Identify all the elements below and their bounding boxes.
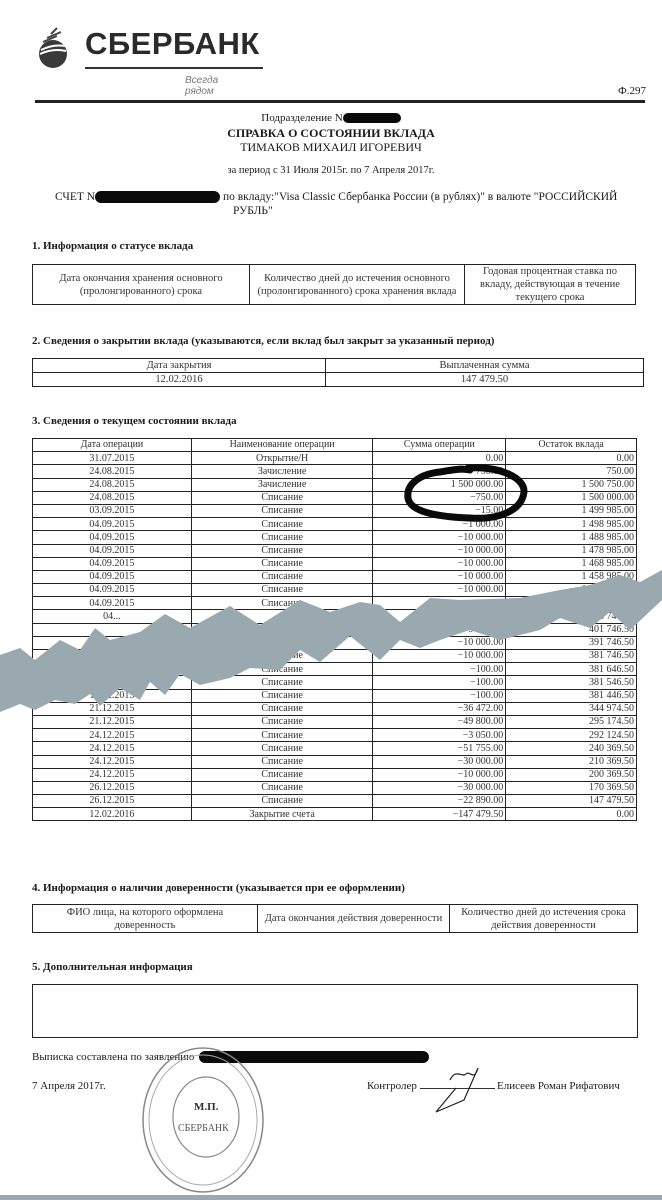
operation-name: Списание bbox=[191, 557, 373, 570]
header-cell: Сумма операции bbox=[373, 439, 506, 452]
header-cell: Годовая процентная ставка по вкладу, дей… bbox=[465, 265, 636, 305]
operation-amount: −10 000.00 bbox=[373, 570, 506, 583]
table-row: Списание−10 000.00381 746.50 bbox=[33, 650, 637, 663]
operation-date: 19.12.2015 bbox=[33, 689, 192, 702]
operation-amount: −10 000.00 bbox=[373, 544, 506, 557]
balance: 170 369.50 bbox=[506, 781, 637, 794]
operation-name: Списание bbox=[191, 742, 373, 755]
operation-name: Списание bbox=[191, 518, 373, 531]
table-row: 21.12.2015Списание−49 800.00295 174.50 bbox=[33, 715, 637, 728]
operation-date: 04.09.2015 bbox=[33, 597, 192, 610]
operation-date: 24.08.2015 bbox=[33, 478, 192, 491]
operation-date: 19.12.2015 bbox=[33, 663, 192, 676]
closure-date: 12.02.2016 bbox=[33, 373, 326, 387]
table-row: 31.07.2015Открытие/Н0.000.00 bbox=[33, 452, 637, 465]
section5-heading: 5. Дополнительная информация bbox=[32, 961, 193, 973]
statement-period: за период с 31 Июля 2015г. по 7 Апреля 2… bbox=[0, 165, 662, 176]
table-row: 04.09.2015Списание−10 000.001 488 985.00 bbox=[33, 531, 637, 544]
table-row: 21.12.2015Списание−36 472.00344 974.50 bbox=[33, 702, 637, 715]
handdrawn-circle-mark bbox=[400, 462, 530, 524]
operation-amount: −36 472.00 bbox=[373, 702, 506, 715]
header-cell: Наименование операции bbox=[191, 439, 373, 452]
operation-name: Списание bbox=[191, 702, 373, 715]
table-row: 24.08.2015Списание−750.001 500 000.00 bbox=[33, 491, 637, 504]
balance: 1 458 985.00 bbox=[506, 570, 637, 583]
operation-name: Списание bbox=[191, 663, 373, 676]
operation-name: Списание bbox=[191, 650, 373, 663]
operation-amount: −147 479.50 bbox=[373, 808, 506, 821]
operation-name: Списание bbox=[191, 689, 373, 702]
logo-underline bbox=[85, 67, 263, 69]
client-name: ТИМАКОВ МИХАИЛ ИГОРЕВИЧ bbox=[0, 140, 662, 155]
balance: 292 124.50 bbox=[506, 729, 637, 742]
operation-name: Списание bbox=[191, 544, 373, 557]
operation-date: 12.02.2016 bbox=[33, 808, 192, 821]
svg-text:СБЕРБАНК: СБЕРБАНК bbox=[178, 1123, 229, 1134]
operation-date: 21.12.2015 bbox=[33, 715, 192, 728]
account-line: СЧЕТ N по вкладу:"Visa Classic Сбербанка… bbox=[55, 190, 635, 218]
table-row: 24.12.2015Списание−3 050.00292 124.50 bbox=[33, 729, 637, 742]
operation-name: Списание bbox=[191, 729, 373, 742]
header-cell: Выплаченная сумма bbox=[326, 359, 644, 373]
operation-name: Списание bbox=[191, 531, 373, 544]
operation-amount: −100.00 bbox=[373, 663, 506, 676]
section2-heading: 2. Сведения о закрытии вклада (указывают… bbox=[32, 335, 494, 347]
operation-name: Списание bbox=[191, 597, 373, 610]
signature bbox=[430, 1060, 490, 1120]
operation-date: 04.09.2015 bbox=[33, 557, 192, 570]
table-row: 04.09.2015Списание−10 000.001 458 985.00 bbox=[33, 570, 637, 583]
balance: 406 746.50 bbox=[506, 610, 637, 623]
operation-amount: −51 755.00 bbox=[373, 742, 506, 755]
table-row: 26.12.2015Списание−22 890.00147 479.50 bbox=[33, 795, 637, 808]
operation-date: 04.09.2015 bbox=[33, 544, 192, 557]
bank-name: СБЕРБАНК bbox=[85, 26, 260, 62]
operation-amount bbox=[373, 610, 506, 623]
operation-date: 31.07.2015 bbox=[33, 452, 192, 465]
scan-bottom-edge bbox=[0, 1195, 662, 1200]
power-of-attorney-table: ФИО лица, на которого оформлена доверенн… bbox=[32, 904, 638, 933]
balance: 1 448 985.00 bbox=[506, 584, 637, 597]
operation-date: 03.09.2015 bbox=[33, 504, 192, 517]
table-row: 24.12.2015Списание−30 000.00210 369.50 bbox=[33, 755, 637, 768]
operation-date: 24.12.2015 bbox=[33, 729, 192, 742]
statement-date: 7 Апреля 2017г. bbox=[32, 1080, 106, 1092]
sberbank-logo: СБЕРБАНК Всегда рядом bbox=[35, 18, 235, 78]
balance: 381 546.50 bbox=[506, 676, 637, 689]
operation-date: 24.08.2015 bbox=[33, 491, 192, 504]
table-row: 04.09.2015Списание−10 000.001 448 985.00 bbox=[33, 584, 637, 597]
controller-name: Елисеев Роман Рифатович bbox=[497, 1080, 620, 1092]
table-row: −5 000.00401 746.50 bbox=[33, 623, 637, 636]
balance: 381 646.50 bbox=[506, 663, 637, 676]
operation-name: Списание bbox=[191, 570, 373, 583]
table-row: 24.08.2015Зачисление750.00750.00 bbox=[33, 465, 637, 478]
header-cell: Остаток вклада bbox=[506, 439, 637, 452]
operation-date: 24.08.2015 bbox=[33, 465, 192, 478]
operation-amount: −49 800.00 bbox=[373, 715, 506, 728]
balance: 381 446.50 bbox=[506, 689, 637, 702]
operation-name: Открытие/Н bbox=[191, 452, 373, 465]
balance: 295 174.50 bbox=[506, 715, 637, 728]
operation-amount: −22 890.00 bbox=[373, 795, 506, 808]
header-cell: Количество дней до истечения срока дейст… bbox=[450, 905, 638, 933]
header-cell: Дата операции bbox=[33, 439, 192, 452]
balance: 344 974.50 bbox=[506, 702, 637, 715]
operation-date: 24.12.2015 bbox=[33, 742, 192, 755]
header-cell: Дата закрытия bbox=[33, 359, 326, 373]
operation-amount: −10 000.00 bbox=[373, 557, 506, 570]
balance: 210 369.50 bbox=[506, 755, 637, 768]
operation-amount: −3 050.00 bbox=[373, 729, 506, 742]
table-row: 12.02.2016Закрытие счета−147 479.500.00 bbox=[33, 808, 637, 821]
document-title: СПРАВКА О СОСТОЯНИИ ВКЛАДА bbox=[0, 126, 662, 141]
header-cell: Дата окончания действия доверенности bbox=[258, 905, 450, 933]
balance: 1 468 985.00 bbox=[506, 557, 637, 570]
operation-name bbox=[191, 610, 373, 623]
table-row: 19.12.2015Списание−100.00381 446.50 bbox=[33, 689, 637, 702]
table-row: 04.09.2015Списание1 459 ... bbox=[33, 597, 637, 610]
header-cell: Количество дней до истечения основного (… bbox=[250, 265, 465, 305]
table-row: 24.08.2015Зачисление1 500 000.001 500 75… bbox=[33, 478, 637, 491]
form-code: Ф.297 bbox=[618, 85, 646, 97]
balance: 401 746.50 bbox=[506, 623, 637, 636]
operation-date: 24.12.2015 bbox=[33, 768, 192, 781]
redaction bbox=[343, 113, 401, 123]
operation-amount: −30 000.00 bbox=[373, 781, 506, 794]
operation-name: Списание bbox=[191, 676, 373, 689]
table-row: 04...406 746.50 bbox=[33, 610, 637, 623]
balance: 1 478 985.00 bbox=[506, 544, 637, 557]
bank-slogan: Всегда рядом bbox=[185, 75, 235, 97]
subdivision-label: Подразделение N bbox=[261, 112, 342, 124]
operation-date: 26.12.2015 bbox=[33, 781, 192, 794]
header-cell: Дата окончания хранения основного (проло… bbox=[33, 265, 250, 305]
operation-date: 24.12.2015 bbox=[33, 755, 192, 768]
account-description-tail: РУБЛЬ" bbox=[55, 204, 635, 218]
operation-name: Списание bbox=[191, 636, 373, 649]
deposit-status-table: Дата окончания хранения основного (проло… bbox=[32, 264, 636, 305]
operation-name bbox=[191, 623, 373, 636]
section1-heading: 1. Информация о статусе вклада bbox=[32, 240, 193, 252]
sberbank-logo-icon bbox=[35, 24, 75, 70]
operation-amount: −10 000.00 bbox=[373, 650, 506, 663]
operation-date: 19.12.2015 bbox=[33, 676, 192, 689]
operation-name: Закрытие счета bbox=[191, 808, 373, 821]
operation-amount: −30 000.00 bbox=[373, 755, 506, 768]
operation-name: Списание bbox=[191, 584, 373, 597]
table-row: 19.12.2015Списание−100.00381 546.50 bbox=[33, 676, 637, 689]
operation-amount: −10 000.00 bbox=[373, 584, 506, 597]
operation-name: Зачисление bbox=[191, 465, 373, 478]
operation-amount: −10 000.00 bbox=[373, 531, 506, 544]
table-row: 24.12.2015Списание−51 755.00240 369.50 bbox=[33, 742, 637, 755]
section4-heading: 4. Информация о наличии доверенности (ук… bbox=[32, 882, 405, 894]
operation-date: 21.12.2015 bbox=[33, 702, 192, 715]
additional-info-box bbox=[32, 984, 638, 1038]
table-row: Списание−10 000.00391 746.50 bbox=[33, 636, 637, 649]
account-label: СЧЕТ N bbox=[55, 191, 95, 203]
operation-date: 04.09.2015 bbox=[33, 584, 192, 597]
bank-stamp: М.П. СБЕРБАНК bbox=[138, 1045, 268, 1195]
operation-name: Списание bbox=[191, 755, 373, 768]
balance: 200 369.50 bbox=[506, 768, 637, 781]
operation-amount: −100.00 bbox=[373, 676, 506, 689]
table-row: 04.09.2015Списание−10 000.001 478 985.00 bbox=[33, 544, 637, 557]
table-row: 26.12.2015Списание−30 000.00170 369.50 bbox=[33, 781, 637, 794]
operation-name: Списание bbox=[191, 491, 373, 504]
balance: 147 479.50 bbox=[506, 795, 637, 808]
operation-date bbox=[33, 623, 192, 636]
account-description: по вкладу:"Visa Classic Сбербанка России… bbox=[223, 191, 617, 203]
operation-amount bbox=[373, 597, 506, 610]
operation-name: Зачисление bbox=[191, 478, 373, 491]
header-rule bbox=[35, 100, 645, 103]
balance: 240 369.50 bbox=[506, 742, 637, 755]
operation-date bbox=[33, 650, 192, 663]
table-row: 24.12.2015Списание−10 000.00200 369.50 bbox=[33, 768, 637, 781]
operation-name: Списание bbox=[191, 795, 373, 808]
balance: 1 488 985.00 bbox=[506, 531, 637, 544]
paid-amount: 147 479.50 bbox=[326, 373, 644, 387]
operation-amount: −100.00 bbox=[373, 689, 506, 702]
operation-date: 04.09.2015 bbox=[33, 518, 192, 531]
operation-amount: −10 000.00 bbox=[373, 636, 506, 649]
operation-date: 04.09.2015 bbox=[33, 570, 192, 583]
svg-text:М.П.: М.П. bbox=[194, 1101, 219, 1113]
operation-date: 04... bbox=[33, 610, 192, 623]
subdivision-line: Подразделение N bbox=[0, 112, 662, 124]
operations-table: Дата операции Наименование операции Сумм… bbox=[32, 438, 637, 821]
operation-date bbox=[33, 636, 192, 649]
closure-table: Дата закрытия Выплаченная сумма 12.02.20… bbox=[32, 358, 644, 387]
operation-amount: −5 000.00 bbox=[373, 623, 506, 636]
balance: 391 746.50 bbox=[506, 636, 637, 649]
table-header-row: Дата операции Наименование операции Сумм… bbox=[33, 439, 637, 452]
section3-heading: 3. Сведения о текущем состоянии вклада bbox=[32, 415, 237, 427]
balance: 0.00 bbox=[506, 808, 637, 821]
operation-date: 26.12.2015 bbox=[33, 795, 192, 808]
operation-amount: −10 000.00 bbox=[373, 768, 506, 781]
balance: 381 746.50 bbox=[506, 650, 637, 663]
table-row: 04.09.2015Списание−1 000.001 498 985.00 bbox=[33, 518, 637, 531]
operation-name: Списание bbox=[191, 768, 373, 781]
redaction bbox=[95, 191, 220, 203]
table-row: 03.09.2015Списание−15.001 499 985.00 bbox=[33, 504, 637, 517]
operation-name: Списание bbox=[191, 715, 373, 728]
balance: 1 459 ... bbox=[506, 597, 637, 610]
operation-name: Списание bbox=[191, 504, 373, 517]
table-row: 04.09.2015Списание−10 000.001 468 985.00 bbox=[33, 557, 637, 570]
header-cell: ФИО лица, на которого оформлена доверенн… bbox=[33, 905, 258, 933]
operation-date: 04.09.2015 bbox=[33, 531, 192, 544]
operation-name: Списание bbox=[191, 781, 373, 794]
table-row: 19.12.2015Списание−100.00381 646.50 bbox=[33, 663, 637, 676]
